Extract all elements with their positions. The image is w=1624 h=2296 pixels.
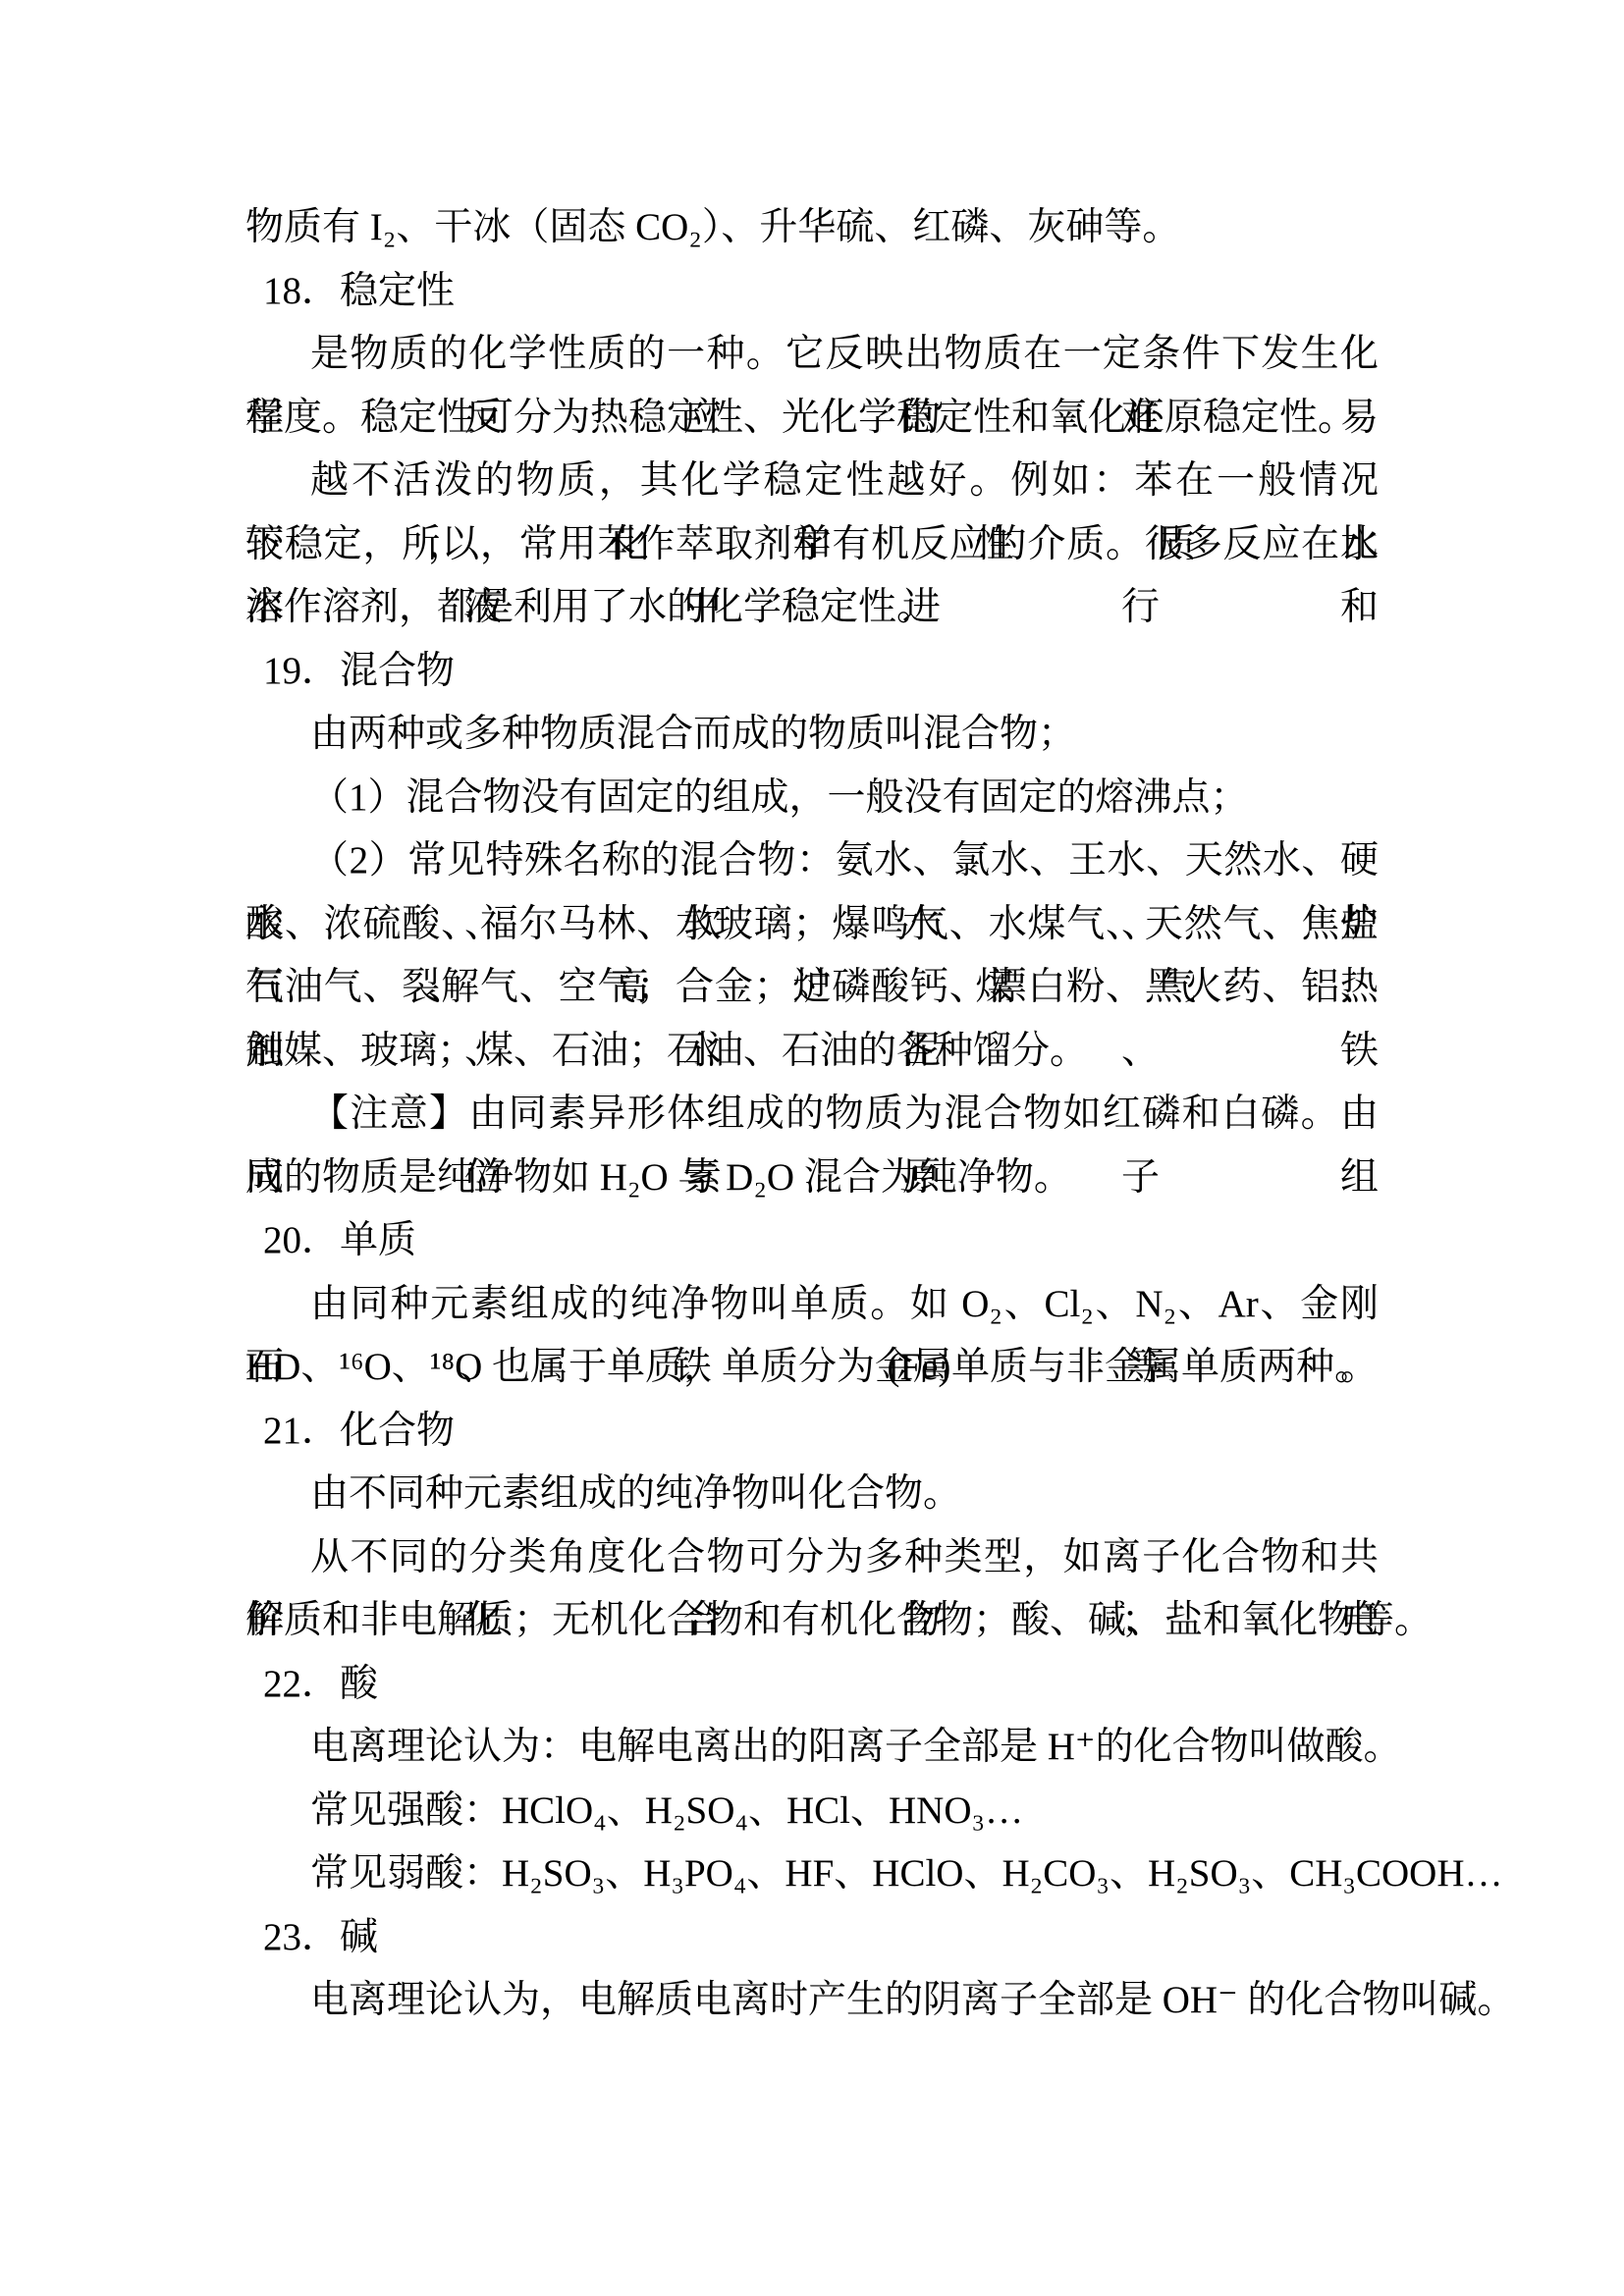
heading-21-compound: 21．化合物 (245, 1400, 1379, 1464)
paragraph-line: 电离理论认为，电解质电离时产生的阴离子全部是 OH⁻ 的化合物叫碱。 (245, 1969, 1379, 2033)
heading-19-mixture: 19．混合物 (245, 640, 1379, 704)
heading-20-element: 20．单质 (245, 1209, 1379, 1273)
list-item-1: （1）混合物没有固定的组成，一般没有固定的熔沸点； (245, 767, 1379, 830)
paragraph-line: 解质和非电解质；无机化合物和有机化合物；酸、碱、盐和氧化物等。 (245, 1589, 1379, 1653)
paragraph-line: 从不同的分类角度化合物可分为多种类型，如离子化合物和共价化合物；电 (245, 1526, 1379, 1590)
weak-acids-line: 常见弱酸：H₂SO₃、H₃PO₄、HF、HClO、H₂CO₃、H₂SO₃、CH₃… (245, 1842, 1379, 1906)
paragraph-line: 电离理论认为：电解电离出的阳离子全部是 H⁺的化合物叫做酸。 (245, 1716, 1379, 1780)
paragraph-line: 较稳定，所以，常用苯作萃取剂和有机反应的介质。很多反应在水溶液中进行和 (245, 513, 1379, 577)
paragraph-line: 越不活泼的物质，其化学稳定性越好。例如：苯在一般情况下，化学性质比 (245, 450, 1379, 513)
list-item-2: （2）常见特殊名称的混合物：氨水、氯水、王水、天然水、硬水、软水、盐 (245, 829, 1379, 893)
paragraph-line: 是物质的化学性质的一种。它反映出物质在一定条件下发生化学反应的难易 (245, 323, 1379, 387)
paragraph-line: 由两种或多种物质混合而成的物质叫混合物； (245, 703, 1379, 767)
paragraph-line: 由同种元素组成的纯净物叫单质。如 O₂、Cl₂、N₂、Ar、金刚石、铁(Fe)等… (245, 1273, 1379, 1337)
paragraph-line: 物质有 I₂、干冰（固态 CO₂）、升华硫、红磷、灰砷等。 (245, 196, 1379, 260)
paragraph-line: HD、¹⁶O、¹⁸O 也属于单质，单质分为金属单质与非金属单质两种。 (245, 1336, 1379, 1400)
paragraph-line: 由不同种元素组成的纯净物叫化合物。 (245, 1463, 1379, 1526)
heading-23-base: 23．碱 (245, 1906, 1379, 1970)
paragraph-line: 程度。稳定性可分为热稳定性、光化学稳定性和氧化还原稳定性。 (245, 387, 1379, 451)
heading-22-acid: 22．酸 (245, 1653, 1379, 1717)
paragraph-line: 酸、浓硫酸、福尔马林、水玻璃；爆鸣气、水煤气、天然气、焦炉气、高炉煤气、 (245, 893, 1379, 957)
document-page: 物质有 I₂、干冰（固态 CO₂）、升华硫、红磷、灰砷等。 18．稳定性 是物质… (0, 0, 1624, 2296)
strong-acids-line: 常见强酸：HClO₄、H₂SO₄、HCl、HNO₃… (245, 1780, 1379, 1843)
document-body: 物质有 I₂、干冰（固态 CO₂）、升华硫、红磷、灰砷等。 18．稳定性 是物质… (245, 196, 1379, 2033)
paragraph-line: 石油气、裂解气、空气；合金；过磷酸钙、漂白粉、黑火药、铝热剂、水泥、铁 (245, 956, 1379, 1020)
note-line: 【注意】由同素异形体组成的物质为混合物如红磷和白磷。由同位素原子组 (245, 1083, 1379, 1147)
heading-18-stability: 18．稳定性 (245, 260, 1379, 324)
